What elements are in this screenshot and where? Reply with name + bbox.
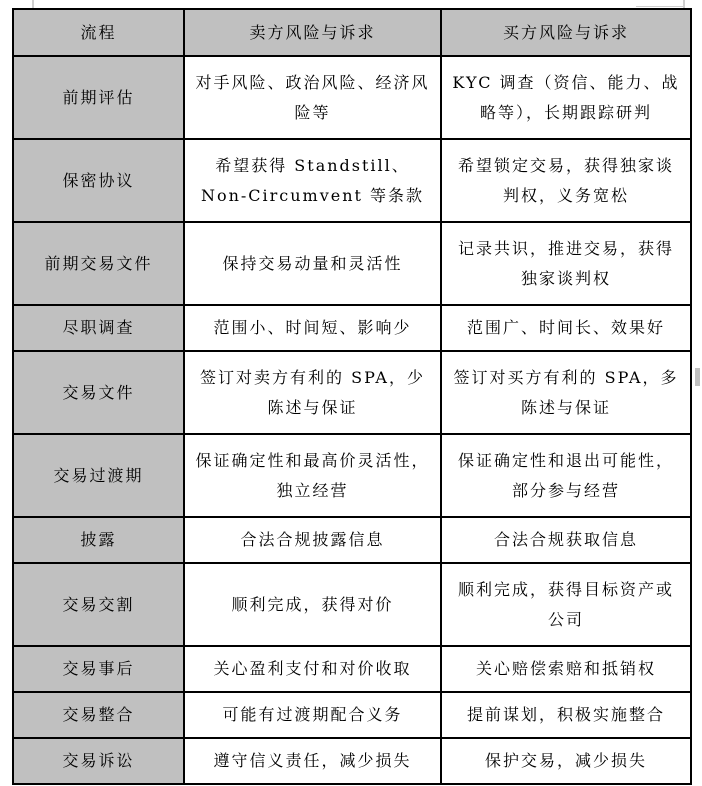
buyer-cell: 希望锁定交易，获得独家谈判权，义务宽松: [442, 140, 692, 223]
seller-cell: 保持交易动量和灵活性: [185, 223, 442, 306]
process-cell: 前期评估: [14, 57, 185, 140]
seller-cell: 遵守信义责任，减少损失: [185, 739, 442, 785]
buyer-cell: 关心赔偿索赔和抵销权: [442, 647, 692, 693]
seller-cell: 可能有过渡期配合义务: [185, 693, 442, 739]
seller-cell: 希望获得 Standstill、Non-Circumvent 等条款: [185, 140, 442, 223]
process-cell: 保密协议: [14, 140, 185, 223]
table-row: 交易事后 关心盈利支付和对价收取 关心赔偿索赔和抵销权: [14, 647, 692, 693]
seller-cell: 合法合规披露信息: [185, 518, 442, 564]
gridline-artifact-right-edge: [695, 368, 700, 386]
seller-cell: 保证确定性和最高价灵活性，独立经营: [185, 435, 442, 518]
buyer-cell: 保护交易，减少损失: [442, 739, 692, 785]
table-row: 交易诉讼 遵守信义责任，减少损失 保护交易，减少损失: [14, 739, 692, 785]
process-cell: 交易交割: [14, 564, 185, 647]
table-row: 交易文件 签订对卖方有利的 SPA，少陈述与保证 签订对买方有利的 SPA，多陈…: [14, 352, 692, 435]
buyer-cell: 保证确定性和退出可能性，部分参与经营: [442, 435, 692, 518]
table-row: 保密协议 希望获得 Standstill、Non-Circumvent 等条款 …: [14, 140, 692, 223]
buyer-cell: 提前谋划，积极实施整合: [442, 693, 692, 739]
buyer-cell: 签订对买方有利的 SPA，多陈述与保证: [442, 352, 692, 435]
process-cell: 交易诉讼: [14, 739, 185, 785]
buyer-cell: 范围广、时间长、效果好: [442, 306, 692, 352]
table-row: 前期交易文件 保持交易动量和灵活性 记录共识，推进交易，获得独家谈判权: [14, 223, 692, 306]
seller-cell: 范围小、时间短、影响少: [185, 306, 442, 352]
table-row: 交易交割 顺利完成，获得对价 顺利完成，获得目标资产或公司: [14, 564, 692, 647]
seller-cell: 顺利完成，获得对价: [185, 564, 442, 647]
gridline-artifact-top-right-horizontal: [636, 6, 683, 7]
process-cell: 披露: [14, 518, 185, 564]
table-row: 交易整合 可能有过渡期配合义务 提前谋划，积极实施整合: [14, 693, 692, 739]
buyer-cell: 记录共识，推进交易，获得独家谈判权: [442, 223, 692, 306]
process-cell: 尽职调查: [14, 306, 185, 352]
column-header-buyer: 买方风险与诉求: [442, 10, 692, 57]
column-header-seller: 卖方风险与诉求: [185, 10, 442, 57]
column-header-process: 流程: [14, 10, 185, 57]
buyer-cell: 合法合规获取信息: [442, 518, 692, 564]
table-row: 交易过渡期 保证确定性和最高价灵活性，独立经营 保证确定性和退出可能性，部分参与…: [14, 435, 692, 518]
process-cell: 前期交易文件: [14, 223, 185, 306]
table-row: 披露 合法合规披露信息 合法合规获取信息: [14, 518, 692, 564]
table-row: 尽职调查 范围小、时间短、影响少 范围广、时间长、效果好: [14, 306, 692, 352]
seller-cell: 对手风险、政治风险、经济风险等: [185, 57, 442, 140]
table-header-row: 流程 卖方风险与诉求 买方风险与诉求: [14, 10, 692, 57]
seller-cell: 关心盈利支付和对价收取: [185, 647, 442, 693]
seller-cell: 签订对卖方有利的 SPA，少陈述与保证: [185, 352, 442, 435]
process-cell: 交易整合: [14, 693, 185, 739]
process-cell: 交易过渡期: [14, 435, 185, 518]
buyer-cell: 顺利完成，获得目标资产或公司: [442, 564, 692, 647]
ma-process-table: 流程 卖方风险与诉求 买方风险与诉求 前期评估 对手风险、政治风险、经济风险等 …: [12, 8, 692, 785]
process-cell: 交易事后: [14, 647, 185, 693]
table-row: 前期评估 对手风险、政治风险、经济风险等 KYC 调查（资信、能力、战略等），长…: [14, 57, 692, 140]
buyer-cell: KYC 调查（资信、能力、战略等），长期跟踪研判: [442, 57, 692, 140]
process-cell: 交易文件: [14, 352, 185, 435]
